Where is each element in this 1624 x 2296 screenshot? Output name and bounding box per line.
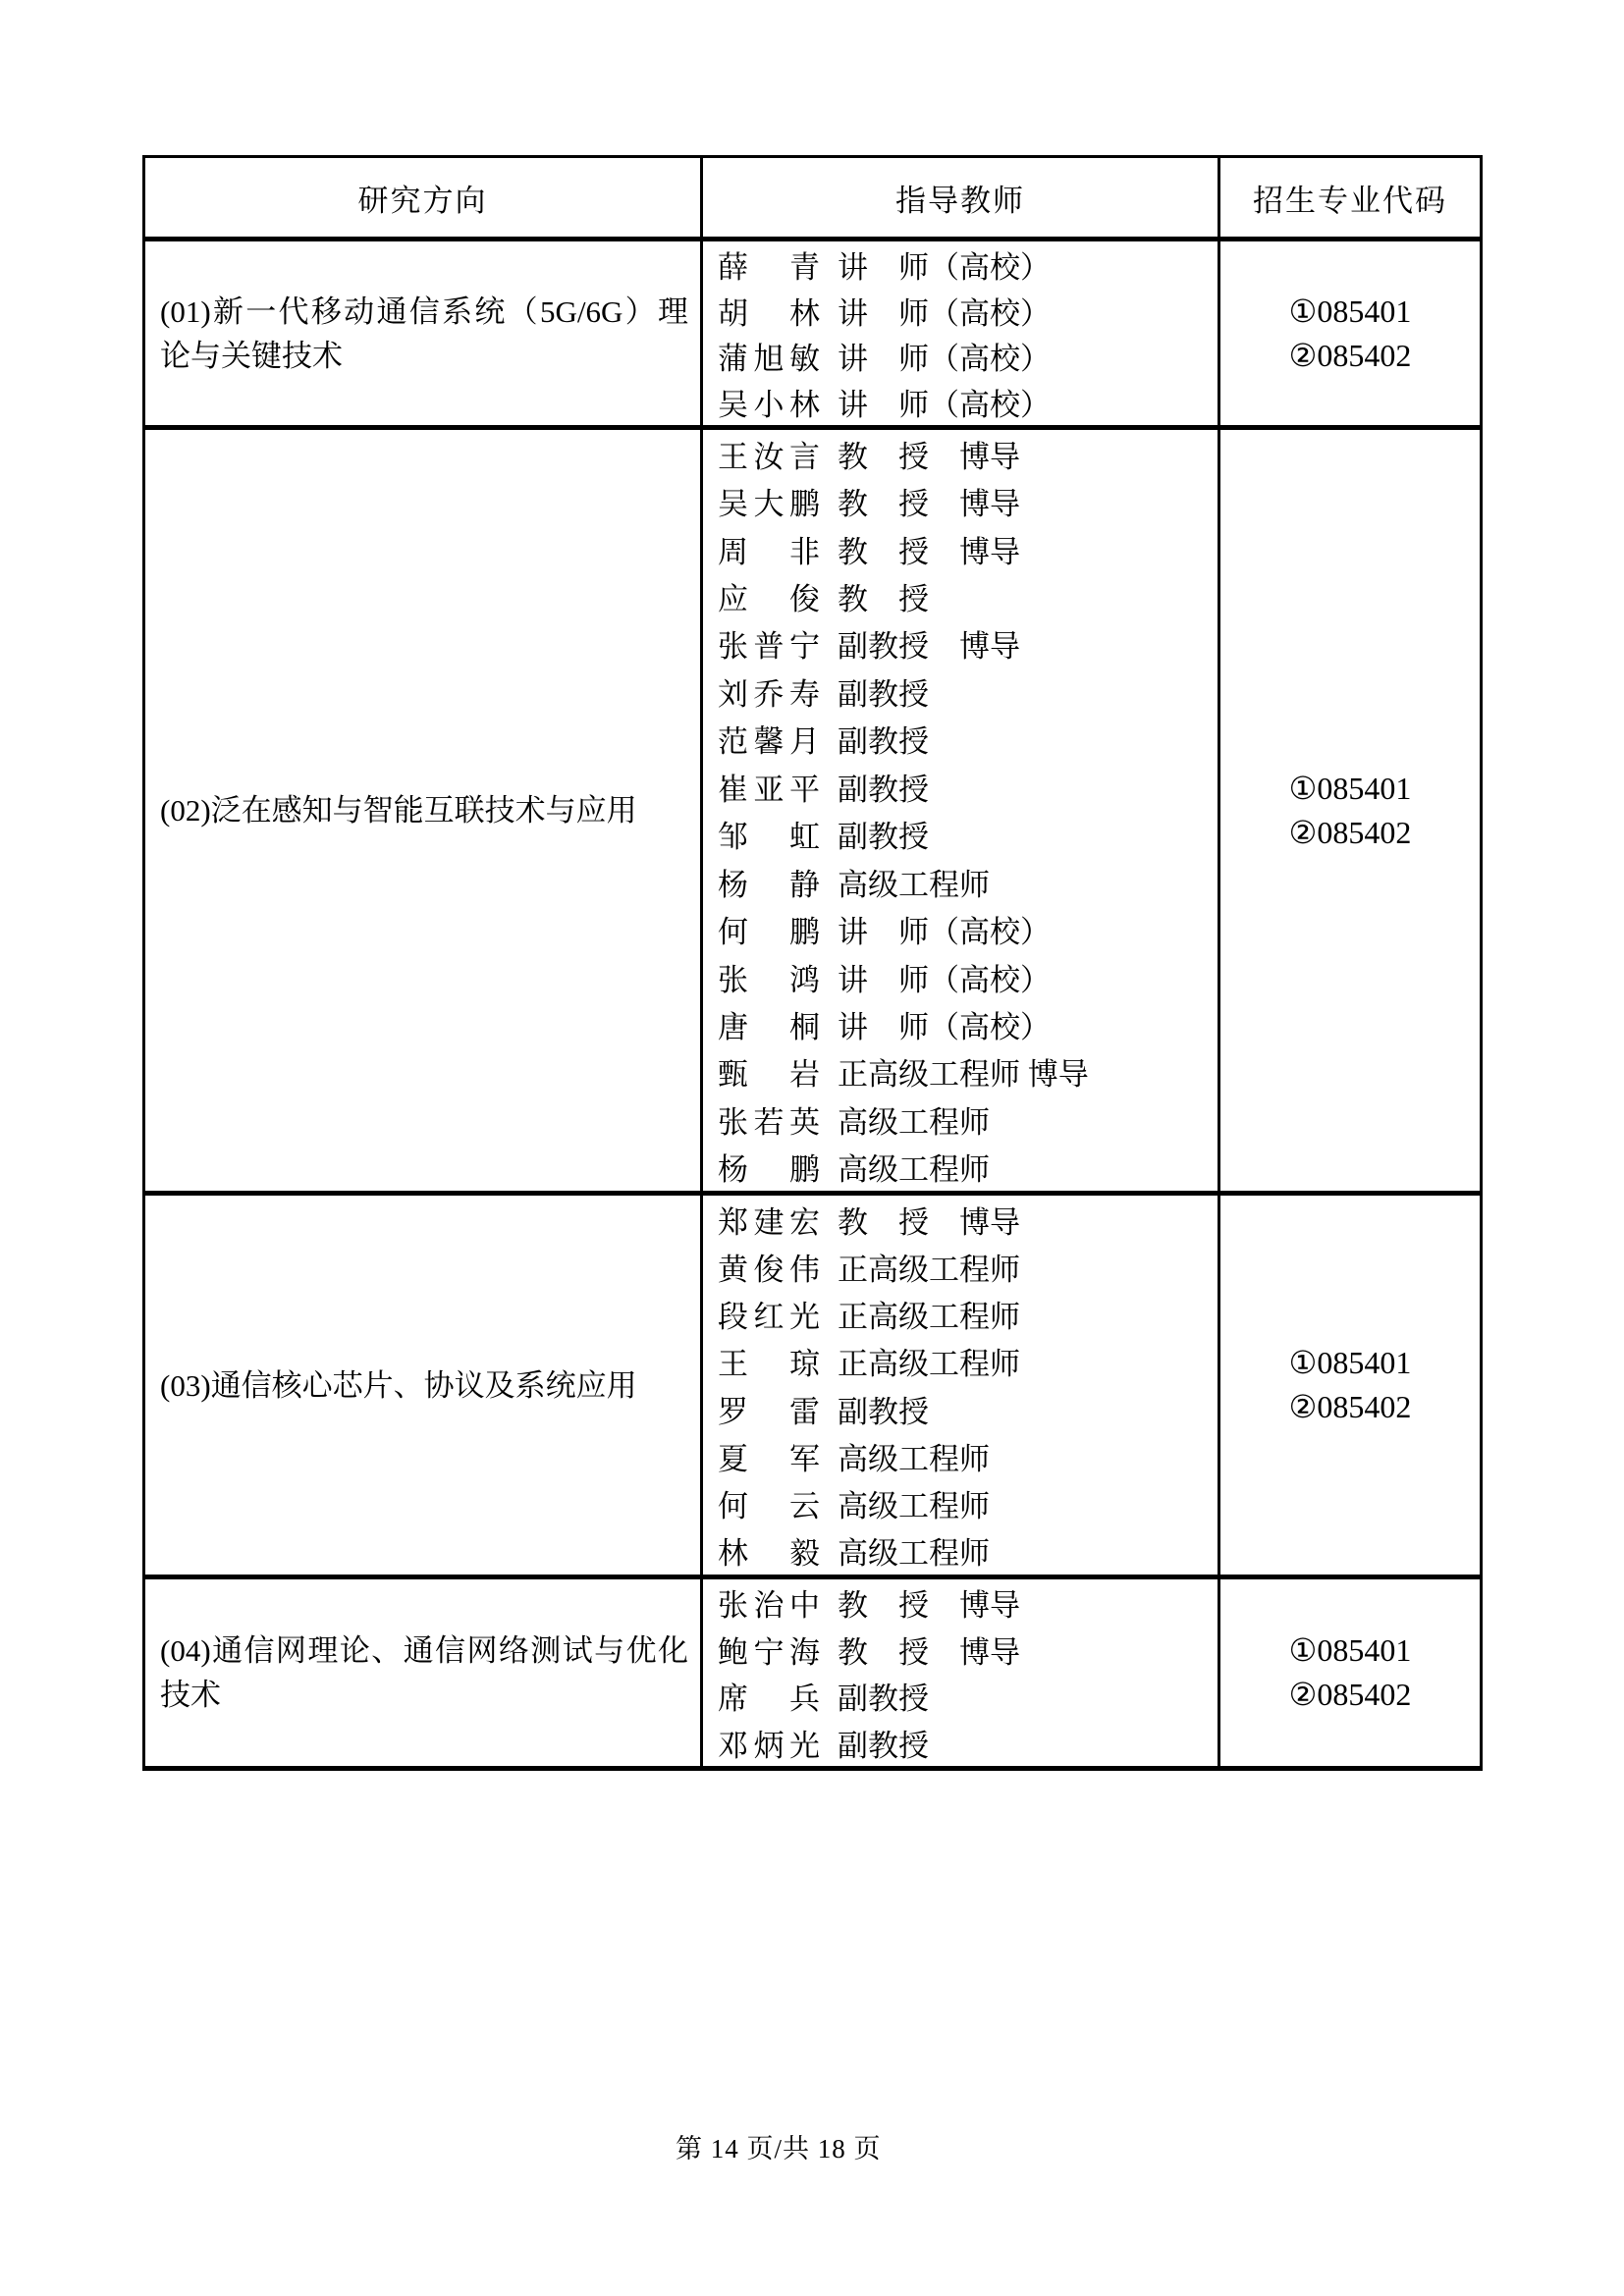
teacher-name: 胡 林 bbox=[718, 289, 820, 333]
teacher-name: 杨 静 bbox=[718, 860, 820, 904]
teacher-line: 吴小林讲 师（高校） bbox=[718, 380, 1218, 424]
teacher-name: 段红光 bbox=[718, 1292, 820, 1336]
teacher-name: 王 琼 bbox=[718, 1339, 820, 1383]
teacher-name: 崔亚平 bbox=[718, 765, 820, 809]
teacher-line: 鲍宁海教 授 博导 bbox=[718, 1628, 1218, 1672]
teacher-title: 讲 师（高校） bbox=[838, 380, 1051, 424]
teacher-title: 教 授 博导 bbox=[838, 479, 1020, 523]
teacher-name: 唐 桐 bbox=[718, 1002, 820, 1046]
teacher-name: 何 云 bbox=[718, 1481, 820, 1525]
teacher-line: 邹 虹副教授 bbox=[718, 812, 1218, 856]
teacher-title: 教 授 博导 bbox=[838, 1580, 1020, 1625]
teacher-title: 讲 师（高校） bbox=[838, 242, 1051, 287]
teacher-title: 正高级工程师 bbox=[838, 1339, 1020, 1383]
teacher-title: 教 授 博导 bbox=[838, 1628, 1020, 1672]
document-page: { "document": { "footer": "第 14 页/共 18 页… bbox=[0, 0, 1624, 2296]
program-codes-cell: ①085401②085402 bbox=[1220, 1196, 1480, 1579]
research-direction-cell: (03)通信核心芯片、协议及系统应用 bbox=[145, 1196, 703, 1579]
teacher-line: 应 俊教 授 bbox=[718, 574, 1218, 618]
teacher-name: 夏 军 bbox=[718, 1434, 820, 1478]
teacher-name: 郑建宏 bbox=[718, 1198, 820, 1242]
teacher-title: 正高级工程师 bbox=[838, 1292, 1020, 1336]
teacher-line: 王 琼正高级工程师 bbox=[718, 1339, 1218, 1383]
teacher-title: 教 授 博导 bbox=[838, 527, 1020, 571]
teacher-name: 罗 雷 bbox=[718, 1387, 820, 1431]
teacher-line: 张若英高级工程师 bbox=[718, 1097, 1218, 1142]
program-code: ②085402 bbox=[1289, 334, 1412, 378]
program-codes-cell: ①085401②085402 bbox=[1220, 241, 1480, 430]
teacher-title: 高级工程师 bbox=[838, 1097, 990, 1142]
research-direction-cell: (02)泛在感知与智能互联技术与应用 bbox=[145, 430, 703, 1196]
teacher-title: 讲 师（高校） bbox=[838, 289, 1051, 333]
teacher-name: 张 鸿 bbox=[718, 955, 820, 999]
teacher-line: 何 云高级工程师 bbox=[718, 1481, 1218, 1525]
teacher-name: 何 鹏 bbox=[718, 907, 820, 951]
teacher-name: 刘乔寿 bbox=[718, 669, 820, 714]
teacher-name: 林 毅 bbox=[718, 1528, 820, 1573]
program-code: ②085402 bbox=[1289, 811, 1412, 855]
teacher-name: 周 非 bbox=[718, 527, 820, 571]
teacher-line: 黄俊伟正高级工程师 bbox=[718, 1245, 1218, 1289]
teacher-line: 夏 军高级工程师 bbox=[718, 1434, 1218, 1478]
advisors-cell: 张治中教 授 博导鲍宁海教 授 博导席 兵副教授邓炳光副教授 bbox=[703, 1579, 1220, 1766]
teacher-title: 高级工程师 bbox=[838, 1145, 990, 1189]
program-code: ①085401 bbox=[1289, 1341, 1412, 1385]
program-code: ①085401 bbox=[1289, 290, 1412, 334]
teacher-line: 张 鸿讲 师（高校） bbox=[718, 955, 1218, 999]
teacher-name: 张普宁 bbox=[718, 621, 820, 666]
teacher-line: 张普宁副教授 博导 bbox=[718, 621, 1218, 666]
teacher-title: 副教授 bbox=[838, 669, 929, 714]
teacher-name: 黄俊伟 bbox=[718, 1245, 820, 1289]
teacher-title: 正高级工程师 博导 bbox=[838, 1049, 1089, 1094]
teacher-title: 副教授 bbox=[838, 717, 929, 761]
teacher-title: 教 授 博导 bbox=[838, 1198, 1020, 1242]
teacher-line: 薛 青讲 师（高校） bbox=[718, 242, 1218, 287]
teacher-line: 周 非教 授 博导 bbox=[718, 527, 1218, 571]
teacher-name: 范馨月 bbox=[718, 717, 820, 761]
teacher-title: 讲 师（高校） bbox=[838, 334, 1051, 378]
program-code: ①085401 bbox=[1289, 1629, 1412, 1673]
teacher-name: 甄 岩 bbox=[718, 1049, 820, 1094]
teacher-title: 副教授 bbox=[838, 1721, 929, 1765]
teacher-title: 高级工程师 bbox=[838, 1434, 990, 1478]
teacher-name: 张若英 bbox=[718, 1097, 820, 1142]
teacher-title: 高级工程师 bbox=[838, 1528, 990, 1573]
program-code: ②085402 bbox=[1289, 1673, 1412, 1717]
teacher-title: 讲 师（高校） bbox=[838, 907, 1051, 951]
page-number: 第 14 页/共 18 页 bbox=[676, 2127, 882, 2165]
teacher-title: 副教授 bbox=[838, 1674, 929, 1718]
column-header-program-codes: 招生专业代码 bbox=[1220, 158, 1480, 241]
teacher-line: 郑建宏教 授 博导 bbox=[718, 1198, 1218, 1242]
teacher-line: 杨 鹏高级工程师 bbox=[718, 1145, 1218, 1189]
teacher-line: 吴大鹏教 授 博导 bbox=[718, 479, 1218, 523]
teacher-title: 正高级工程师 bbox=[838, 1245, 1020, 1289]
teacher-title: 副教授 bbox=[838, 812, 929, 856]
research-direction-text: (04)通信网理论、通信网络测试与优化技术 bbox=[160, 1629, 688, 1717]
teacher-name: 鲍宁海 bbox=[718, 1628, 820, 1672]
advisors-cell: 王汝言教 授 博导吴大鹏教 授 博导周 非教 授 博导应 俊教 授张普宁副教授 … bbox=[703, 430, 1220, 1196]
advisors-cell: 薛 青讲 师（高校）胡 林讲 师（高校）蒲旭敏讲 师（高校）吴小林讲 师（高校） bbox=[703, 241, 1220, 430]
teacher-title: 副教授 bbox=[838, 1387, 929, 1431]
research-direction-text: (01)新一代移动通信系统（5G/6G）理论与关键技术 bbox=[160, 290, 688, 378]
teacher-line: 王汝言教 授 博导 bbox=[718, 432, 1218, 476]
teacher-line: 段红光正高级工程师 bbox=[718, 1292, 1218, 1336]
teacher-name: 邓炳光 bbox=[718, 1721, 820, 1765]
teacher-line: 林 毅高级工程师 bbox=[718, 1528, 1218, 1573]
teacher-title: 教 授 bbox=[838, 574, 929, 618]
teacher-name: 王汝言 bbox=[718, 432, 820, 476]
program-code: ①085401 bbox=[1289, 767, 1412, 811]
teacher-title: 讲 师（高校） bbox=[838, 955, 1051, 999]
column-header-advisors: 指导教师 bbox=[703, 158, 1220, 241]
teacher-title: 高级工程师 bbox=[838, 1481, 990, 1525]
teacher-line: 范馨月副教授 bbox=[718, 717, 1218, 761]
program-code: ②085402 bbox=[1289, 1385, 1412, 1429]
teacher-line: 胡 林讲 师（高校） bbox=[718, 289, 1218, 333]
teacher-line: 邓炳光副教授 bbox=[718, 1721, 1218, 1765]
teacher-line: 甄 岩正高级工程师 博导 bbox=[718, 1049, 1218, 1094]
teacher-name: 应 俊 bbox=[718, 574, 820, 618]
teacher-title: 副教授 博导 bbox=[838, 621, 1020, 666]
program-codes-cell: ①085401②085402 bbox=[1220, 1579, 1480, 1766]
teacher-line: 唐 桐讲 师（高校） bbox=[718, 1002, 1218, 1046]
teacher-name: 邹 虹 bbox=[718, 812, 820, 856]
teacher-title: 讲 师（高校） bbox=[838, 1002, 1051, 1046]
admissions-table: 研究方向 指导教师 招生专业代码 (01)新一代移动通信系统（5G/6G）理论与… bbox=[142, 155, 1483, 1771]
teacher-name: 吴小林 bbox=[718, 380, 820, 424]
teacher-line: 崔亚平副教授 bbox=[718, 765, 1218, 809]
teacher-name: 吴大鹏 bbox=[718, 479, 820, 523]
research-direction-text: (02)泛在感知与智能互联技术与应用 bbox=[160, 788, 688, 832]
teacher-title: 副教授 bbox=[838, 765, 929, 809]
research-direction-cell: (01)新一代移动通信系统（5G/6G）理论与关键技术 bbox=[145, 241, 703, 430]
teacher-title: 高级工程师 bbox=[838, 860, 990, 904]
teacher-name: 张治中 bbox=[718, 1580, 820, 1625]
teacher-line: 杨 静高级工程师 bbox=[718, 860, 1218, 904]
advisors-cell: 郑建宏教 授 博导黄俊伟正高级工程师段红光正高级工程师王 琼正高级工程师罗 雷副… bbox=[703, 1196, 1220, 1579]
teacher-title: 教 授 博导 bbox=[838, 432, 1020, 476]
teacher-line: 何 鹏讲 师（高校） bbox=[718, 907, 1218, 951]
teacher-name: 蒲旭敏 bbox=[718, 334, 820, 378]
teacher-line: 罗 雷副教授 bbox=[718, 1387, 1218, 1431]
research-direction-cell: (04)通信网理论、通信网络测试与优化技术 bbox=[145, 1579, 703, 1766]
teacher-name: 席 兵 bbox=[718, 1674, 820, 1718]
teacher-name: 薛 青 bbox=[718, 242, 820, 287]
program-codes-cell: ①085401②085402 bbox=[1220, 430, 1480, 1196]
teacher-line: 刘乔寿副教授 bbox=[718, 669, 1218, 714]
teacher-line: 张治中教 授 博导 bbox=[718, 1580, 1218, 1625]
teacher-name: 杨 鹏 bbox=[718, 1145, 820, 1189]
research-direction-text: (03)通信核心芯片、协议及系统应用 bbox=[160, 1363, 688, 1408]
column-header-research-direction: 研究方向 bbox=[145, 158, 703, 241]
teacher-line: 席 兵副教授 bbox=[718, 1674, 1218, 1718]
teacher-line: 蒲旭敏讲 师（高校） bbox=[718, 334, 1218, 378]
